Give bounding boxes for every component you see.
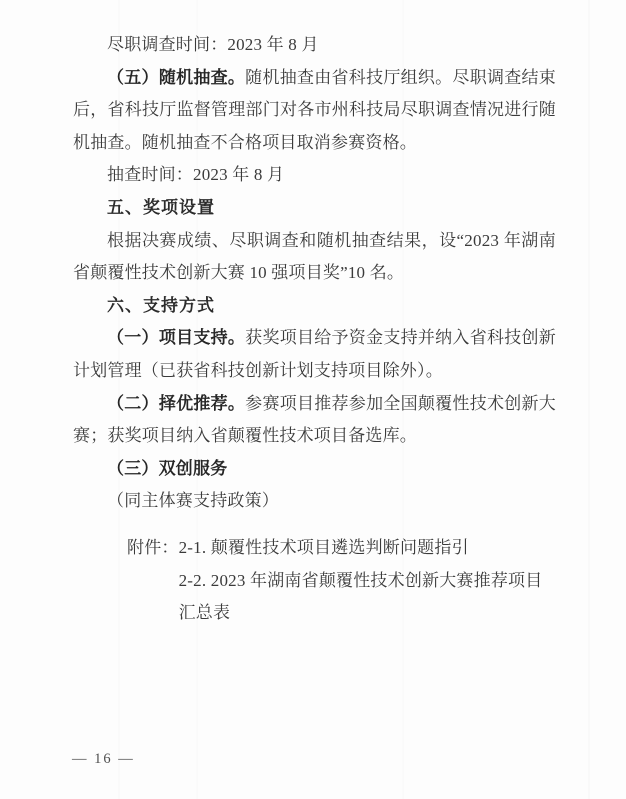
paragraph-support-3-note: （同主体赛支持政策） [73,485,556,518]
attachments-list: 2-1. 颠覆性技术项目遴选判断问题指引 2-2. 2023 年湖南省颠覆性技术… [179,532,557,630]
paragraph-support-1-lead: （一）项目支持。 [107,328,245,347]
page-content: 尽职调查时间：2023 年 8 月 （五）随机抽查。随机抽查由省科技厅组织。尽职… [73,29,556,630]
paragraph-support-2-lead: （二）择优推荐。 [107,394,245,413]
attachment-item: 2-1. 颠覆性技术项目遴选判断问题指引 [179,532,557,565]
page-number: — 16 — [72,750,135,768]
paragraph-support-2: （二）择优推荐。参赛项目推荐参加全国颠覆性技术创新大赛；获奖项目纳入省颠覆性技术… [73,388,556,453]
attachments-block: 附件： 2-1. 颠覆性技术项目遴选判断问题指引 2-2. 2023 年湖南省颠… [127,532,556,630]
heading-awards: 五、奖项设置 [73,192,556,225]
paragraph-support-1: （一）项目支持。获奖项目给予资金支持并纳入省科技创新计划管理（已获省科技创新计划… [73,322,556,387]
paragraph-due-diligence-time: 尽职调查时间：2023 年 8 月 [73,29,556,62]
attachments-label: 附件： [127,532,179,565]
paragraph-support-3: （三）双创服务 [73,453,556,486]
paragraph-random-check: （五）随机抽查。随机抽查由省科技厅组织。尽职调查结束后，省科技厅监督管理部门对各… [73,62,556,160]
paragraph-random-check-lead: （五）随机抽查。 [107,68,245,87]
document-page: 尽职调查时间：2023 年 8 月 （五）随机抽查。随机抽查由省科技厅组织。尽职… [0,0,626,799]
paragraph-support-3-lead: （三）双创服务 [107,459,227,478]
attachment-item: 2-2. 2023 年湖南省颠覆性技术创新大赛推荐项目汇总表 [179,565,557,630]
paragraph-check-time: 抽查时间：2023 年 8 月 [73,159,556,192]
heading-support: 六、支持方式 [73,290,556,323]
paragraph-awards: 根据决赛成绩、尽职调查和随机抽查结果，设“2023 年湖南省颠覆性技术创新大赛 … [73,225,556,290]
